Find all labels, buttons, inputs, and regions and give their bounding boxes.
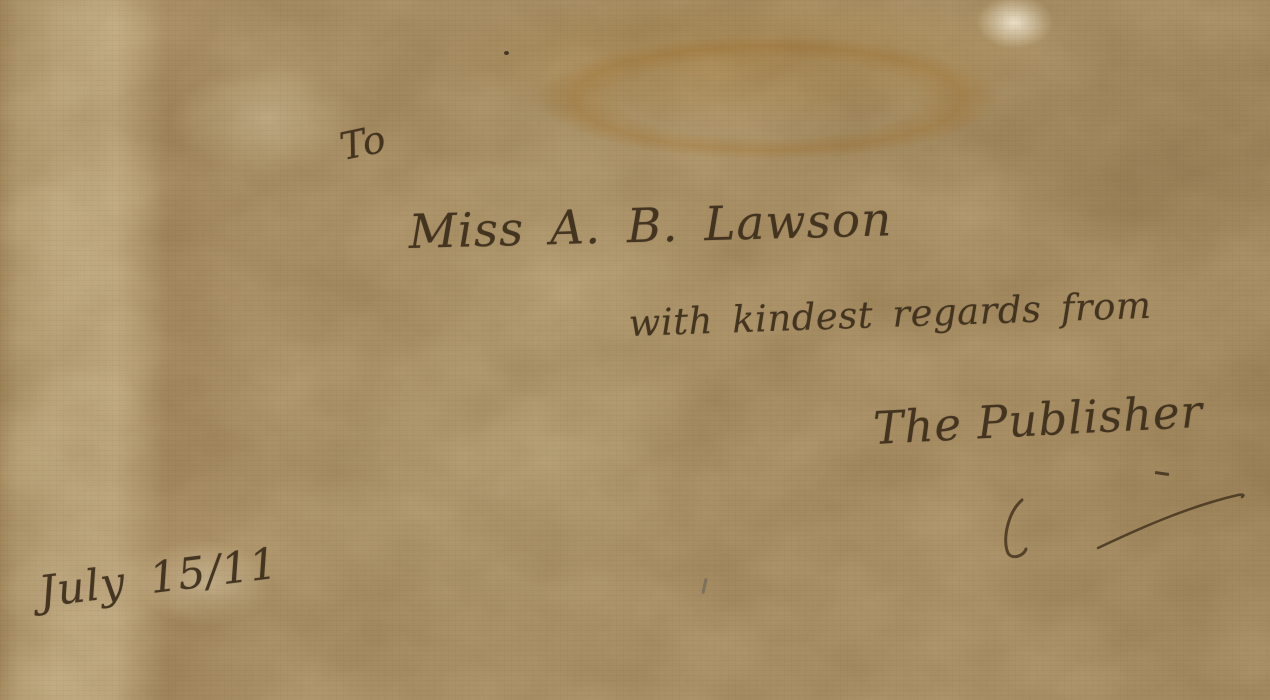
aged-paper-page: To Miss A. B. Lawson with kindest regard… [0, 0, 1270, 700]
ink-speck [504, 51, 509, 55]
inscription-salutation: To [336, 117, 389, 169]
